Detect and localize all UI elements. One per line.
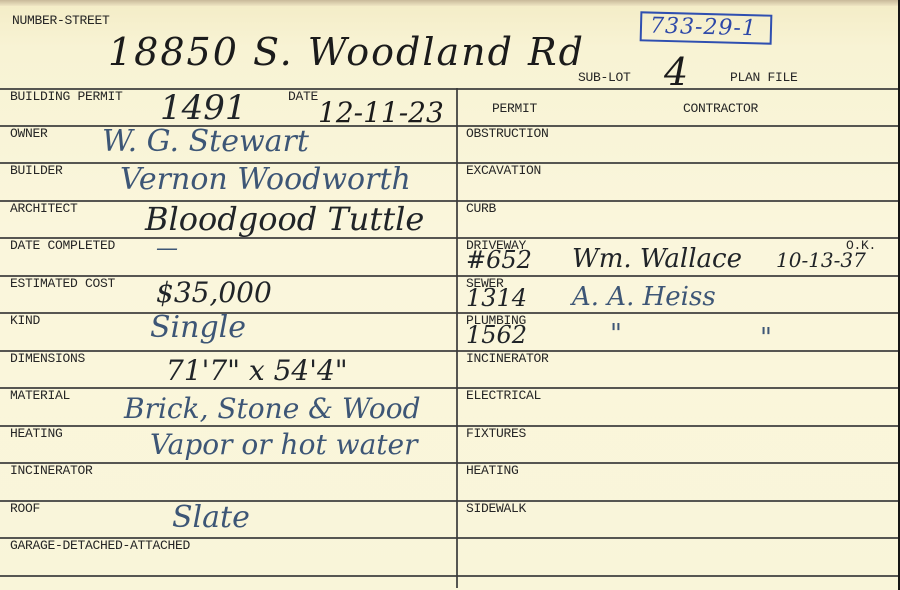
driveway-ok-date: 10-13-37 (776, 248, 866, 272)
driveway-contractor: Wm. Wallace (572, 244, 742, 274)
permit-card: NUMBER-STREET 18850 S. Woodland Rd 733-2… (0, 0, 898, 590)
number-street-value: 18850 S. Woodland Rd (108, 30, 585, 74)
plumbing-permit-number: 1562 (466, 321, 527, 349)
estimated-cost-label: ESTIMATED COST (10, 276, 115, 291)
rule-line (0, 500, 898, 502)
architect-label: ARCHITECT (10, 201, 78, 216)
sewer-contractor: A. A. Heiss (572, 282, 716, 312)
incinerator-permit-label: INCINERATOR (466, 351, 549, 366)
heating-value: Vapor or hot water (150, 428, 417, 461)
rule-line (0, 200, 898, 202)
permit-column-header: PERMIT (492, 101, 537, 116)
kind-label: KIND (10, 313, 40, 328)
contractor-column-header: CONTRACTOR (683, 101, 758, 116)
column-divider (456, 88, 458, 588)
card-top-edge (0, 0, 898, 6)
building-permit-label: BUILDING PERMIT (10, 89, 123, 104)
dimensions-label: DIMENSIONS (10, 351, 85, 366)
incinerator-label: INCINERATOR (10, 463, 93, 478)
rule-line (0, 88, 898, 90)
fixtures-permit-label: FIXTURES (466, 426, 526, 441)
number-street-label: NUMBER-STREET (12, 13, 110, 28)
sewer-permit-number: 1314 (466, 284, 527, 312)
rule-line (0, 275, 898, 277)
date-completed-label: DATE COMPLETED (10, 238, 115, 253)
rule-line (0, 575, 898, 577)
dimensions-value: 71'7" x 54'4" (166, 354, 348, 387)
material-value: Brick, Stone & Wood (124, 392, 421, 425)
builder-label: BUILDER (10, 163, 63, 178)
plumbing-contractor: " (610, 319, 622, 349)
owner-label: OWNER (10, 126, 48, 141)
rule-line (0, 425, 898, 427)
roof-label: ROOF (10, 501, 40, 516)
heating-permit-label: HEATING (466, 463, 519, 478)
curb-permit-label: CURB (466, 201, 496, 216)
rule-line (0, 387, 898, 389)
parcel-stamp: 733-29-1 (640, 11, 773, 44)
plumbing-ok-date: " (760, 323, 772, 353)
stamp-number: 733-29-1 (650, 14, 757, 42)
roof-value: Slate (172, 500, 250, 535)
date-label: DATE (288, 89, 318, 104)
rule-line (0, 462, 898, 464)
rule-line (0, 312, 898, 314)
excavation-permit-label: EXCAVATION (466, 163, 541, 178)
driveway-permit-number: #652 (466, 246, 532, 274)
material-label: MATERIAL (10, 388, 70, 403)
sidewalk-permit-label: SIDEWALK (466, 501, 526, 516)
date-completed-value: — (156, 236, 178, 261)
obstruction-permit-label: OBSTRUCTION (466, 126, 549, 141)
date-value: 12-11-23 (318, 96, 444, 129)
kind-value: Single (150, 310, 246, 345)
rule-line (0, 237, 898, 239)
garage-detached-attached-label: GARAGE-DETACHED-ATTACHED (10, 538, 190, 553)
owner-value: W. G. Stewart (102, 124, 309, 159)
electrical-permit-label: ELECTRICAL (466, 388, 541, 403)
architect-value: Bloodgood Tuttle (145, 200, 424, 238)
builder-value: Vernon Woodworth (120, 162, 411, 197)
estimated-cost-value: $35,000 (156, 276, 272, 309)
plan-file-label: PLAN FILE (730, 70, 798, 85)
heating-label: HEATING (10, 426, 63, 441)
sub-lot-label: SUB-LOT (578, 70, 631, 85)
building-permit-value: 1491 (160, 88, 247, 128)
